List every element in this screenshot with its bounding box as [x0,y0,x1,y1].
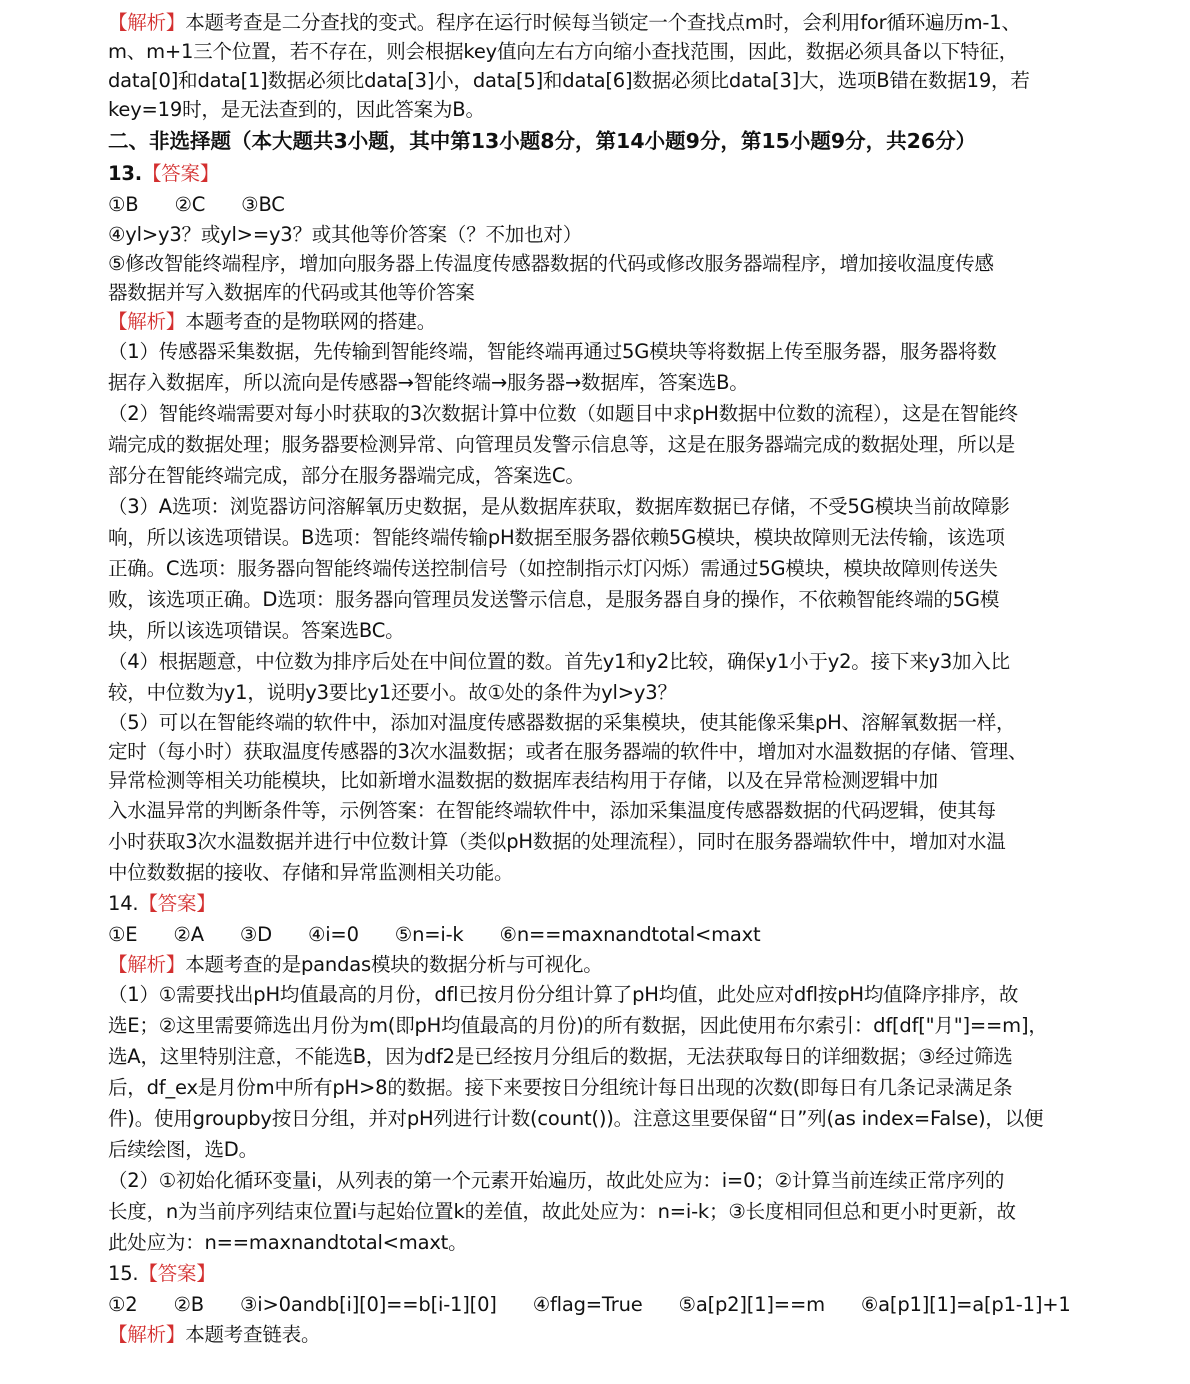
text-line: 异常检测等相关功能模块，比如新增水温数据的数据库表结构用于存储，以及在异常检测逻… [108,766,1098,795]
answer-item: ⑤n=i-k [395,919,464,950]
answer-item: ⑥a[p1][1]=a[p1-1]+1 [861,1289,1071,1320]
document-page: 【解析】本题考查是二分查找的变式。程序在运行时候每当锁定一个查找点m时，会利用f… [108,8,1098,1349]
question-14: 14.【答案】 ①E②A③D④i=0⑤n=i-k⑥n==maxnandtotal… [108,888,1098,1258]
answer-row: ①E②A③D④i=0⑤n=i-k⑥n==maxnandtotal<maxt [108,919,1098,950]
analysis-intro: 本题考查链表。 [185,1323,320,1346]
text-line: （3）A选项：浏览器访问溶解氧历史数据，是从数据库获取，数据库数据已存储，不受5… [108,491,1098,522]
answer-item: ④yl>y3？或yl>=y3？或其他等价答案（？不加也对） [108,220,1098,249]
question-13: 13.【答案】 ①B②C③BC ④yl>y3？或yl>=y3？或其他等价答案（？… [108,158,1098,888]
question-number: 14. [108,892,138,915]
answer-item: ③i>0andb[i][0]==b[i-1][0] [240,1289,497,1320]
analysis-intro: 本题考查的是pandas模块的数据分析与可视化。 [185,953,602,976]
text-line: 【解析】本题考查是二分查找的变式。程序在运行时候每当锁定一个查找点m时，会利用f… [108,8,1098,37]
text-line: 正确。C选项：服务器向智能终端传送控制信号（如控制指示灯闪烁）需通过5G模块，模… [108,553,1098,584]
text-line: 败，该选项正确。D选项：服务器向管理员发送警示信息，是服务器自身的操作，不依赖智… [108,584,1098,615]
answer-label: 【答案】 [138,1262,215,1285]
analysis-intro: 本题考查的是物联网的搭建。 [185,310,436,333]
text-line: data[0]和data[1]数据必须比data[3]小，data[5]和dat… [108,66,1098,95]
answer-item: ②B [174,1289,204,1320]
answer-item: ⑥n==maxnandtotal<maxt [500,919,761,950]
answer-item: ⑤a[p2][1]==m [679,1289,825,1320]
text-line: 后续绘图，选D。 [108,1134,1098,1165]
question-15: 15.【答案】 ①2②B③i>0andb[i][0]==b[i-1][0]④fl… [108,1258,1098,1349]
answer-item: ⑤修改智能终端程序，增加向服务器上传温度传感器数据的代码或修改服务器端程序，增加… [108,249,1098,278]
answer-item: ④i=0 [308,919,359,950]
text-line: m、m+1三个位置，若不存在，则会根据key值向左右方向缩小查找范围，因此，数据… [108,37,1098,66]
text-line: 后，df_ex是月份m中所有pH>8的数据。接下来要按日分组统计每日出现的次数(… [108,1072,1098,1103]
text-line: 器数据并写入数据库的代码或其他等价答案 [108,278,1098,307]
text-line: 小时获取3次水温数据并进行中位数计算（类似pH数据的处理流程），同时在服务器端软… [108,826,1098,857]
text-line: 选E；②这里需要筛选出月份为m(即pH均值最高的月份)的所有数据，因此使用布尔索… [108,1010,1098,1041]
answer-item: ①2 [108,1289,138,1320]
answer-row: ①2②B③i>0andb[i][0]==b[i-1][0]④flag=True⑤… [108,1289,1098,1320]
text-line: 端完成的数据处理；服务器要检测异常、向管理员发警示信息等，这是在服务器端完成的数… [108,429,1098,460]
text-line: 件)。使用groupby按日分组，并对pH列进行计数(count())。注意这里… [108,1103,1098,1134]
text-line: （4）根据题意，中位数为排序后处在中间位置的数。首先y1和y2比较，确保y1小于… [108,646,1098,677]
text-line: 块，所以该选项错误。答案选BC。 [108,615,1098,646]
question-number: 13. [108,162,142,185]
answer-label: 【答案】 [138,892,215,915]
text-line: 此处应为：n==maxnandtotal<maxt。 [108,1227,1098,1258]
text-line: 长度，n为当前序列结束位置i与起始位置k的差值，故此处应为：n=i-k；③长度相… [108,1196,1098,1227]
answer-row: ①B②C③BC [108,189,1098,220]
text-line: 定时（每小时）获取温度传感器的3次水温数据；或者在服务器端的软件中，增加对水温数… [108,737,1098,766]
analysis-label: 【解析】 [108,310,185,333]
answer-item: ④flag=True [533,1289,643,1320]
answer-item: ①E [108,919,137,950]
answer-item: ③D [240,919,272,950]
text-line: （2）智能终端需要对每小时获取的3次数据计算中位数（如题目中求pH数据中位数的流… [108,398,1098,429]
text-line: 中位数数据的接收、存储和异常监测相关功能。 [108,857,1098,888]
text-line: 据存入数据库，所以流向是传感器→智能终端→服务器→数据库，答案选B。 [108,367,1098,398]
question-number: 15. [108,1262,138,1285]
text-line: （1）传感器采集数据，先传输到智能终端，智能终端再通过5G模块等将数据上传至服务… [108,336,1098,367]
text-line: 选A，这里特别注意，不能选B，因为df2是已经按月分组后的数据，无法获取每日的详… [108,1041,1098,1072]
section-heading: 二、非选择题（本大题共3小题，其中第13小题8分，第14小题9分，第15小题9分… [108,124,1098,158]
text-line: 较，中位数为y1，说明y3要比y1还要小。故①处的条件为yl>y3？ [108,677,1098,708]
text-line: 入水温异常的判断条件等，示例答案：在智能终端软件中，添加采集温度传感器数据的代码… [108,795,1098,826]
answer-item: ②A [173,919,203,950]
answer-item: ②C [174,189,205,220]
answer-item: ③BC [241,189,285,220]
text-line: （5）可以在智能终端的软件中，添加对温度传感器数据的采集模块，使其能像采集pH、… [108,708,1098,737]
prev-analysis: 【解析】本题考查是二分查找的变式。程序在运行时候每当锁定一个查找点m时，会利用f… [108,8,1098,124]
text-line: 部分在智能终端完成，部分在服务器端完成，答案选C。 [108,460,1098,491]
answer-item: ①B [108,189,138,220]
analysis-label: 【解析】 [108,1323,185,1346]
text-line: （1）①需要找出pH均值最高的月份，dfl已按月份分组计算了pH均值，此处应对d… [108,979,1098,1010]
analysis-label: 【解析】 [108,953,185,976]
text-line: key=19时，是无法查到的，因此答案为B。 [108,95,1098,124]
text-line: 响，所以该选项错误。B选项：智能终端传输pH数据至服务器依赖5G模块，模块故障则… [108,522,1098,553]
answer-label: 【答案】 [142,162,219,185]
analysis-label: 【解析】 [108,11,185,34]
text-line: （2）①初始化循环变量i，从列表的第一个元素开始遍历，故此处应为：i=0；②计算… [108,1165,1098,1196]
